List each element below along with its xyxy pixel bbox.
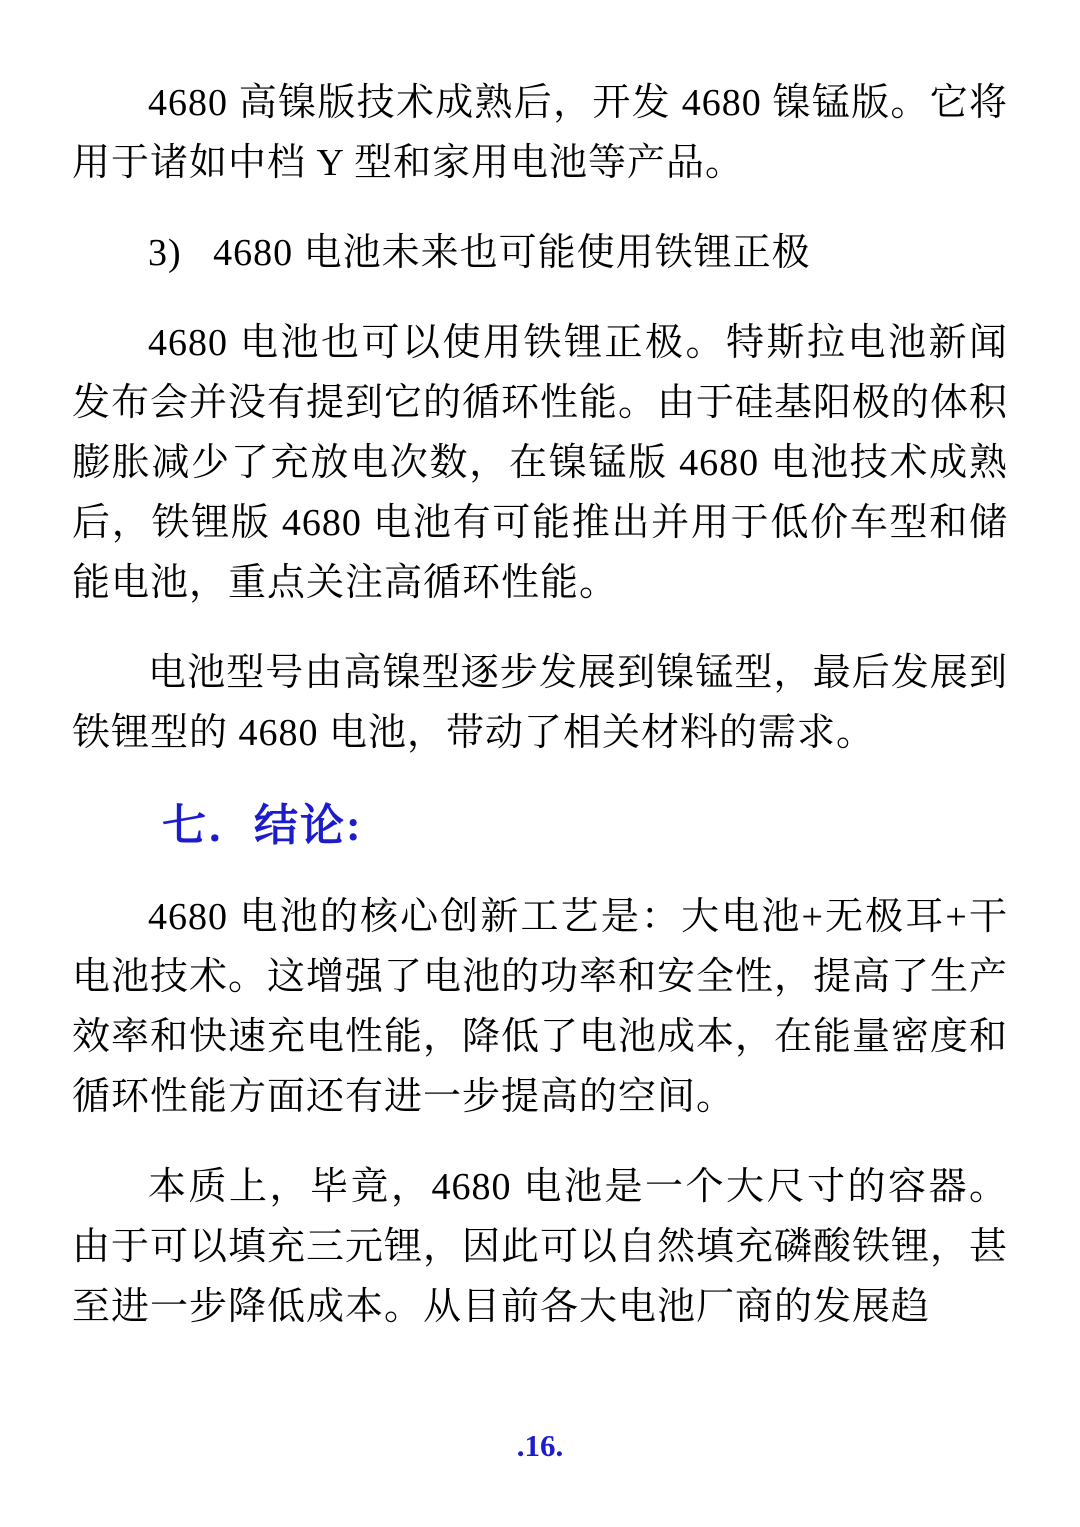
- paragraph-model-evolution: 电池型号由高镍型逐步发展到镍锰型，最后发展到铁锂型的 4680 电池，带动了相关…: [72, 643, 1008, 763]
- paragraph-nickel-manganese-version: 4680 高镍版技术成熟后，开发 4680 镍锰版。它将用于诸如中档 Y 型和家…: [72, 73, 1008, 193]
- paragraph-conclusion-container: 本质上，毕竟，4680 电池是一个大尺寸的容器。由于可以填充三元锂，因此可以自然…: [72, 1157, 1008, 1337]
- page-number: .16.: [0, 1426, 1080, 1466]
- paragraph-lfp-possibility: 4680 电池也可以使用铁锂正极。特斯拉电池新闻发布会并没有提到它的循环性能。由…: [72, 313, 1008, 613]
- subheading-item-3-lfp-cathode: 3) 4680 电池未来也可能使用铁锂正极: [72, 223, 1008, 283]
- paragraph-conclusion-core-innovation: 4680 电池的核心创新工艺是：大电池+无极耳+干电池技术。这增强了电池的功率和…: [72, 887, 1008, 1127]
- document-page: 4680 高镍版技术成熟后，开发 4680 镍锰版。它将用于诸如中档 Y 型和家…: [0, 0, 1080, 1527]
- section-heading-conclusion: 七．结论:: [72, 793, 1008, 859]
